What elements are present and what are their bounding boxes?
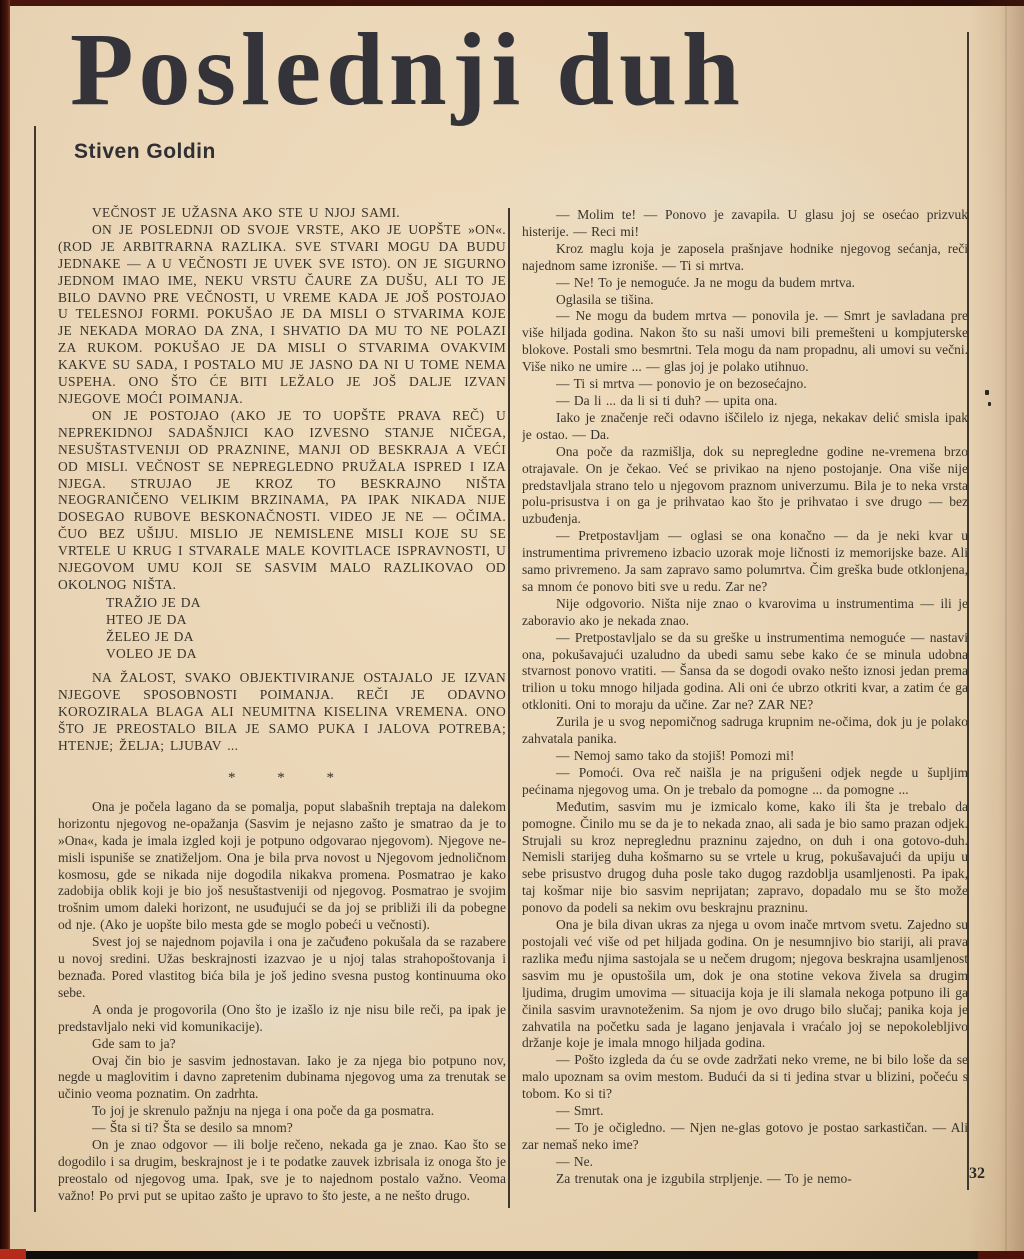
story-paragraph: Iako je značenje reči odavno iščilelo iz… [522,410,968,444]
story-paragraph: To joj je skrenulo pažnju na njega i ona… [58,1103,506,1120]
top-edge-bar [0,0,1024,6]
uppercase-closing-section: NA ŽALOST, SVAKO OBJEKTIVIRANJE OSTAJALO… [58,670,506,755]
verse-lines: TRAŽIO JE DAHTEO JE DAŽELEO JE DAVOLEO J… [58,595,506,663]
story-paragraph: ON JE POSTOJAO (AKO JE TO UOPŠTE PRAVA R… [58,408,506,594]
story-paragraph: — Ne mogu da budem mrtva — ponovila je. … [522,308,968,376]
story-paragraph: On je znao odgovor — ili bolje rečeno, n… [58,1137,506,1205]
verse-line: VOLEO JE DA [58,646,506,663]
uppercase-intro-section: VEČNOST JE UŽASNA AKO STE U NJOJ SAMI.ON… [58,205,506,594]
story-paragraph: — Smrt. [522,1103,968,1120]
story-paragraph: — Ne! To je nemoguće. Ja ne mogu da bude… [522,275,968,292]
story-paragraph: Zurila je u svog nepomičnog sadruga krup… [522,714,968,748]
story-paragraph: Nije odgovorio. Ništa nije znao o kvarov… [522,596,968,630]
right-text-column: — Molim te! — Ponovo je zavapila. U glas… [522,207,968,1247]
story-paragraph: — Pomoći. Ova reč naišla je na prigušeni… [522,765,968,799]
story-paragraph: — Pretpostavljalo se da su greške u inst… [522,630,968,715]
story-title: Poslednji duh [70,16,970,124]
author-byline: Stiven Goldin [74,140,216,164]
story-paragraph: — Ti si mrtva — ponovio je on bezosećajn… [522,376,968,393]
story-paragraph: — Molim te! — Ponovo je zavapila. U glas… [522,207,968,241]
bottom-right-red-mark [978,1251,1024,1259]
left-edge-binding [0,0,10,1259]
left-body-section: Ona je počela lagano da se pomalja, popu… [58,799,506,1205]
story-paragraph: Gde sam to ja? [58,1036,506,1053]
story-paragraph: ON JE POSLEDNJI OD SVOJE VRSTE, AKO JE U… [58,222,506,408]
verse-line: TRAŽIO JE DA [58,595,506,612]
print-speck [985,390,989,395]
story-paragraph: — Pretpostavljam — oglasi se ona konačno… [522,528,968,596]
story-paragraph: Svest joj se najednom pojavila i ona je … [58,934,506,1002]
verse-line: ŽELEO JE DA [58,629,506,646]
page-number: 32 [969,1165,985,1183]
bottom-left-red-mark [0,1249,26,1259]
binding-crease [1005,0,1007,1259]
left-text-column: VEČNOST JE UŽASNA AKO STE U NJOJ SAMI.ON… [58,205,506,1245]
story-paragraph: — Nemoj samo tako da stojiš! Pomozi mi! [522,748,968,765]
print-speck [988,402,991,406]
story-paragraph: — To je očigledno. — Njen ne-glas gotovo… [522,1120,968,1154]
story-paragraph: — Pošto izgleda da ću se ovde zadržati n… [522,1052,968,1103]
bottom-edge-bar [0,1251,1024,1259]
story-paragraph: VEČNOST JE UŽASNA AKO STE U NJOJ SAMI. [58,205,506,222]
story-paragraph: Ona je počela lagano da se pomalja, popu… [58,799,506,934]
right-body-section: — Molim te! — Ponovo je zavapila. U glas… [522,207,968,1188]
story-paragraph: — Da li ... da li si ti duh? — upita ona… [522,393,968,410]
story-paragraph: Ona poče da razmišlja, dok su nepregledn… [522,444,968,529]
story-paragraph: Kroz maglu koja je zaposela prašnjave ho… [522,241,968,275]
left-column-rule [34,126,36,1212]
story-paragraph: Ona je bila divan ukras za njega u ovom … [522,917,968,1052]
right-edge-shade [968,0,1024,1259]
center-column-rule [508,208,510,1208]
story-paragraph: Međutim, sasvim mu je izmicalo kome, kak… [522,799,968,917]
section-separator-stars: * * * [58,770,506,787]
story-paragraph: A onda je progovorila (Ono što je izašlo… [58,1002,506,1036]
story-paragraph: Za trenutak ona je izgubila strpljenje. … [522,1171,968,1188]
verse-line: HTEO JE DA [58,612,506,629]
story-paragraph: — Šta si ti? Šta se desilo sa mnom? [58,1120,506,1137]
story-paragraph: NA ŽALOST, SVAKO OBJEKTIVIRANJE OSTAJALO… [58,670,506,755]
story-paragraph: — Ne. [522,1154,968,1171]
story-paragraph: Ovaj čin bio je sasvim jednostavan. Iako… [58,1053,506,1104]
story-paragraph: Oglasila se tišina. [522,292,968,309]
